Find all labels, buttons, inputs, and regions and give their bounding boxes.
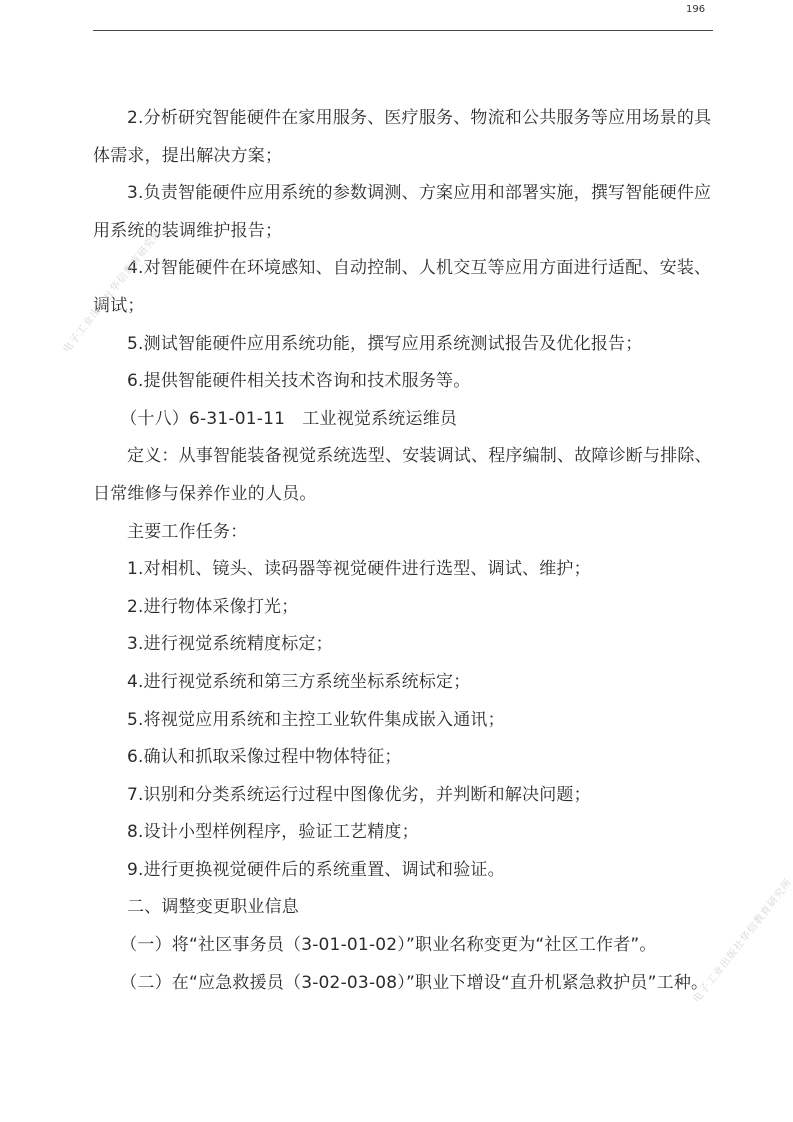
- paragraph-definition: 定义：从事智能装备视觉系统选型、安装调试、程序编制、故障诊断与排除、日常维修与保…: [93, 438, 713, 513]
- document-body: 2.分析研究智能硬件在家用服务、医疗服务、物流和公共服务等应用场景的具体需求，提…: [93, 100, 713, 1002]
- paragraph-change-1: （一）将“社区事务员（3-01-01-02）”职业名称变更为“社区工作者”。: [93, 927, 713, 965]
- paragraph-task-6: 6.提供智能硬件相关技术咨询和技术服务等。: [93, 363, 713, 401]
- paragraph-task-3: 3.负责智能硬件应用系统的参数调测、方案应用和部署实施，撰写智能硬件应用系统的装…: [93, 175, 713, 250]
- paragraph-task-2: 2.分析研究智能硬件在家用服务、医疗服务、物流和公共服务等应用场景的具体需求，提…: [93, 100, 713, 175]
- paragraph-main-tasks-label: 主要工作任务：: [93, 514, 713, 552]
- paragraph-vision-task-2: 2.进行物体采像打光；: [93, 589, 713, 627]
- section-heading-2: 二、调整变更职业信息: [93, 889, 713, 927]
- paragraph-vision-task-9: 9.进行更换视觉硬件后的系统重置、调试和验证。: [93, 852, 713, 890]
- page-number: 196: [686, 4, 705, 15]
- paragraph-vision-task-8: 8.设计小型样例程序，验证工艺精度；: [93, 814, 713, 852]
- paragraph-vision-task-7: 7.识别和分类系统运行过程中图像优劣，并判断和解决问题；: [93, 777, 713, 815]
- header-divider: [93, 30, 713, 31]
- section-heading-18: （十八）6-31-01-11 工业视觉系统运维员: [93, 401, 713, 439]
- paragraph-change-2: （二）在“应急救援员（3-02-03-08）”职业下增设“直升机紧急救护员”工种…: [93, 965, 713, 1003]
- paragraph-vision-task-4: 4.进行视觉系统和第三方系统坐标系统标定；: [93, 664, 713, 702]
- paragraph-vision-task-1: 1.对相机、镜头、读码器等视觉硬件进行选型、调试、维护；: [93, 551, 713, 589]
- paragraph-vision-task-6: 6.确认和抓取采像过程中物体特征；: [93, 739, 713, 777]
- paragraph-task-4: 4.对智能硬件在环境感知、自动控制、人机交互等应用方面进行适配、安装、调试；: [93, 250, 713, 325]
- paragraph-vision-task-3: 3.进行视觉系统精度标定；: [93, 626, 713, 664]
- paragraph-task-5: 5.测试智能硬件应用系统功能，撰写应用系统测试报告及优化报告；: [93, 326, 713, 364]
- paragraph-vision-task-5: 5.将视觉应用系统和主控工业软件集成嵌入通讯；: [93, 702, 713, 740]
